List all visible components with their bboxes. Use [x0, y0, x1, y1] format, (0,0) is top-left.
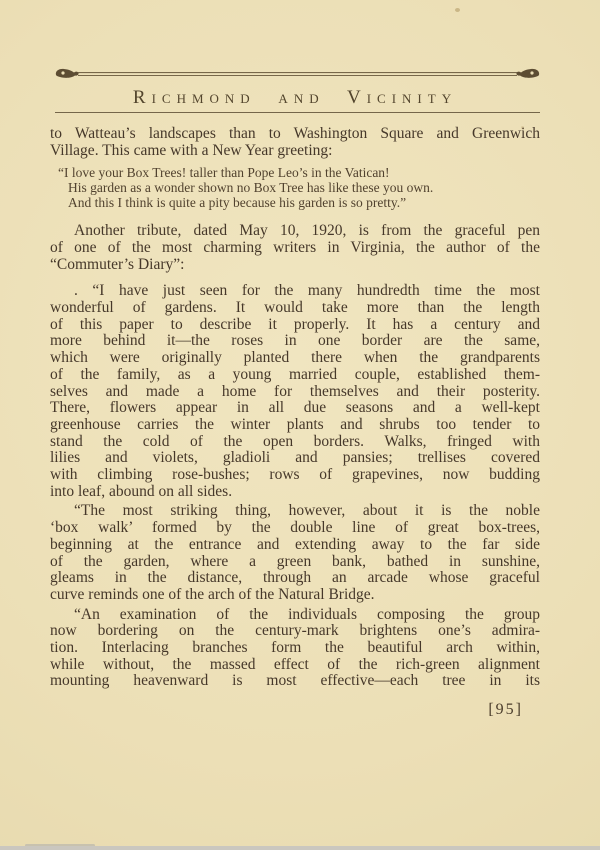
text-line: curve reminds one of the arch of the Nat…	[50, 587, 540, 604]
text-line: There, flowers appear in all due seasons…	[50, 400, 540, 417]
text-line: of the garden, where a green bank, bathe…	[50, 554, 540, 571]
text-line: more behind it—the roses in one border a…	[50, 333, 540, 350]
book-page: Richmond and Vicinity to Watteau’s lands…	[0, 0, 600, 850]
verse-quote-block: “I love your Box Trees! taller than Pope…	[50, 166, 540, 210]
text-line: beginning at the entrance and extending …	[50, 537, 540, 554]
text-line: greenhouse carries the winter plants and…	[50, 417, 540, 434]
text-line: with climbing rose-bushes; rows of grape…	[50, 467, 540, 484]
rule-line-top	[78, 72, 517, 73]
paragraph-garden-description: . “I have just seen for the many hundred…	[50, 283, 540, 500]
scroll-hole	[61, 71, 64, 74]
text-line: into leaf, abound on all sides.	[50, 484, 540, 501]
paragraph-box-walk: “The most striking thing, however, about…	[50, 503, 540, 603]
foxing-speck	[455, 8, 460, 12]
page-body: to Watteau’s landscapes than to Washingt…	[50, 126, 540, 719]
text-line: lilies and violets, gladioli and pansies…	[50, 450, 540, 467]
text-line: selves and made a home for themselves an…	[50, 384, 540, 401]
paragraph-examination: “An examination of the individuals compo…	[50, 607, 540, 691]
ornamental-rule	[55, 66, 540, 82]
verse-line: And this I think is quite a pity because…	[68, 196, 540, 211]
page-content: Richmond and Vicinity to Watteau’s lands…	[0, 0, 600, 719]
text-line: which were originally planted there when…	[50, 350, 540, 367]
paragraph-tribute: Another tribute, dated May 10, 1920, is …	[50, 223, 540, 273]
rule-line-bottom	[78, 75, 517, 76]
page-number: [95]	[50, 701, 540, 719]
text-line: Another tribute, dated May 10, 1920, is …	[50, 223, 540, 240]
running-title: Richmond and Vicinity	[50, 88, 540, 108]
scan-edge	[0, 846, 600, 850]
text-line: of the family, as a young married couple…	[50, 367, 540, 384]
text-line: “An examination of the individuals compo…	[50, 607, 540, 624]
verse-line: His garden as a wonder shown no Box Tree…	[68, 181, 540, 196]
text-line: tion. Interlacing branches form the beau…	[50, 640, 540, 657]
verse-line: “I love your Box Trees! taller than Pope…	[58, 166, 540, 181]
text-line: to Watteau’s landscapes than to Washingt…	[50, 126, 540, 143]
text-line: while without, the massed effect of the …	[50, 657, 540, 674]
scroll-flourish-right-icon	[516, 69, 539, 78]
text-line: now bordering on the century-mark bright…	[50, 623, 540, 640]
foxing-speck	[521, 126, 524, 129]
text-line: stand the cold of the open borders. Walk…	[50, 434, 540, 451]
text-line: “Commuter’s Diary”:	[50, 257, 540, 274]
scroll-flourish-left-icon	[56, 69, 79, 78]
text-line: wonderful of gardens. It would take more…	[50, 300, 540, 317]
text-line: mounting heavenward is most effective—ea…	[50, 673, 540, 690]
text-line: of this paper to describe it properly. I…	[50, 317, 540, 334]
text-line: of one of the most charming writers in V…	[50, 240, 540, 257]
text-line: . “I have just seen for the many hundred…	[50, 283, 540, 300]
text-line: ‘box walk’ formed by the double line of …	[50, 520, 540, 537]
text-line: Village. This came with a New Year greet…	[50, 143, 540, 160]
page-header: Richmond and Vicinity	[50, 66, 540, 113]
title-rule	[55, 112, 540, 113]
text-line: “The most striking thing, however, about…	[50, 503, 540, 520]
text-line: gleams in the distance, through an arcad…	[50, 570, 540, 587]
paragraph-intro: to Watteau’s landscapes than to Washingt…	[50, 126, 540, 159]
